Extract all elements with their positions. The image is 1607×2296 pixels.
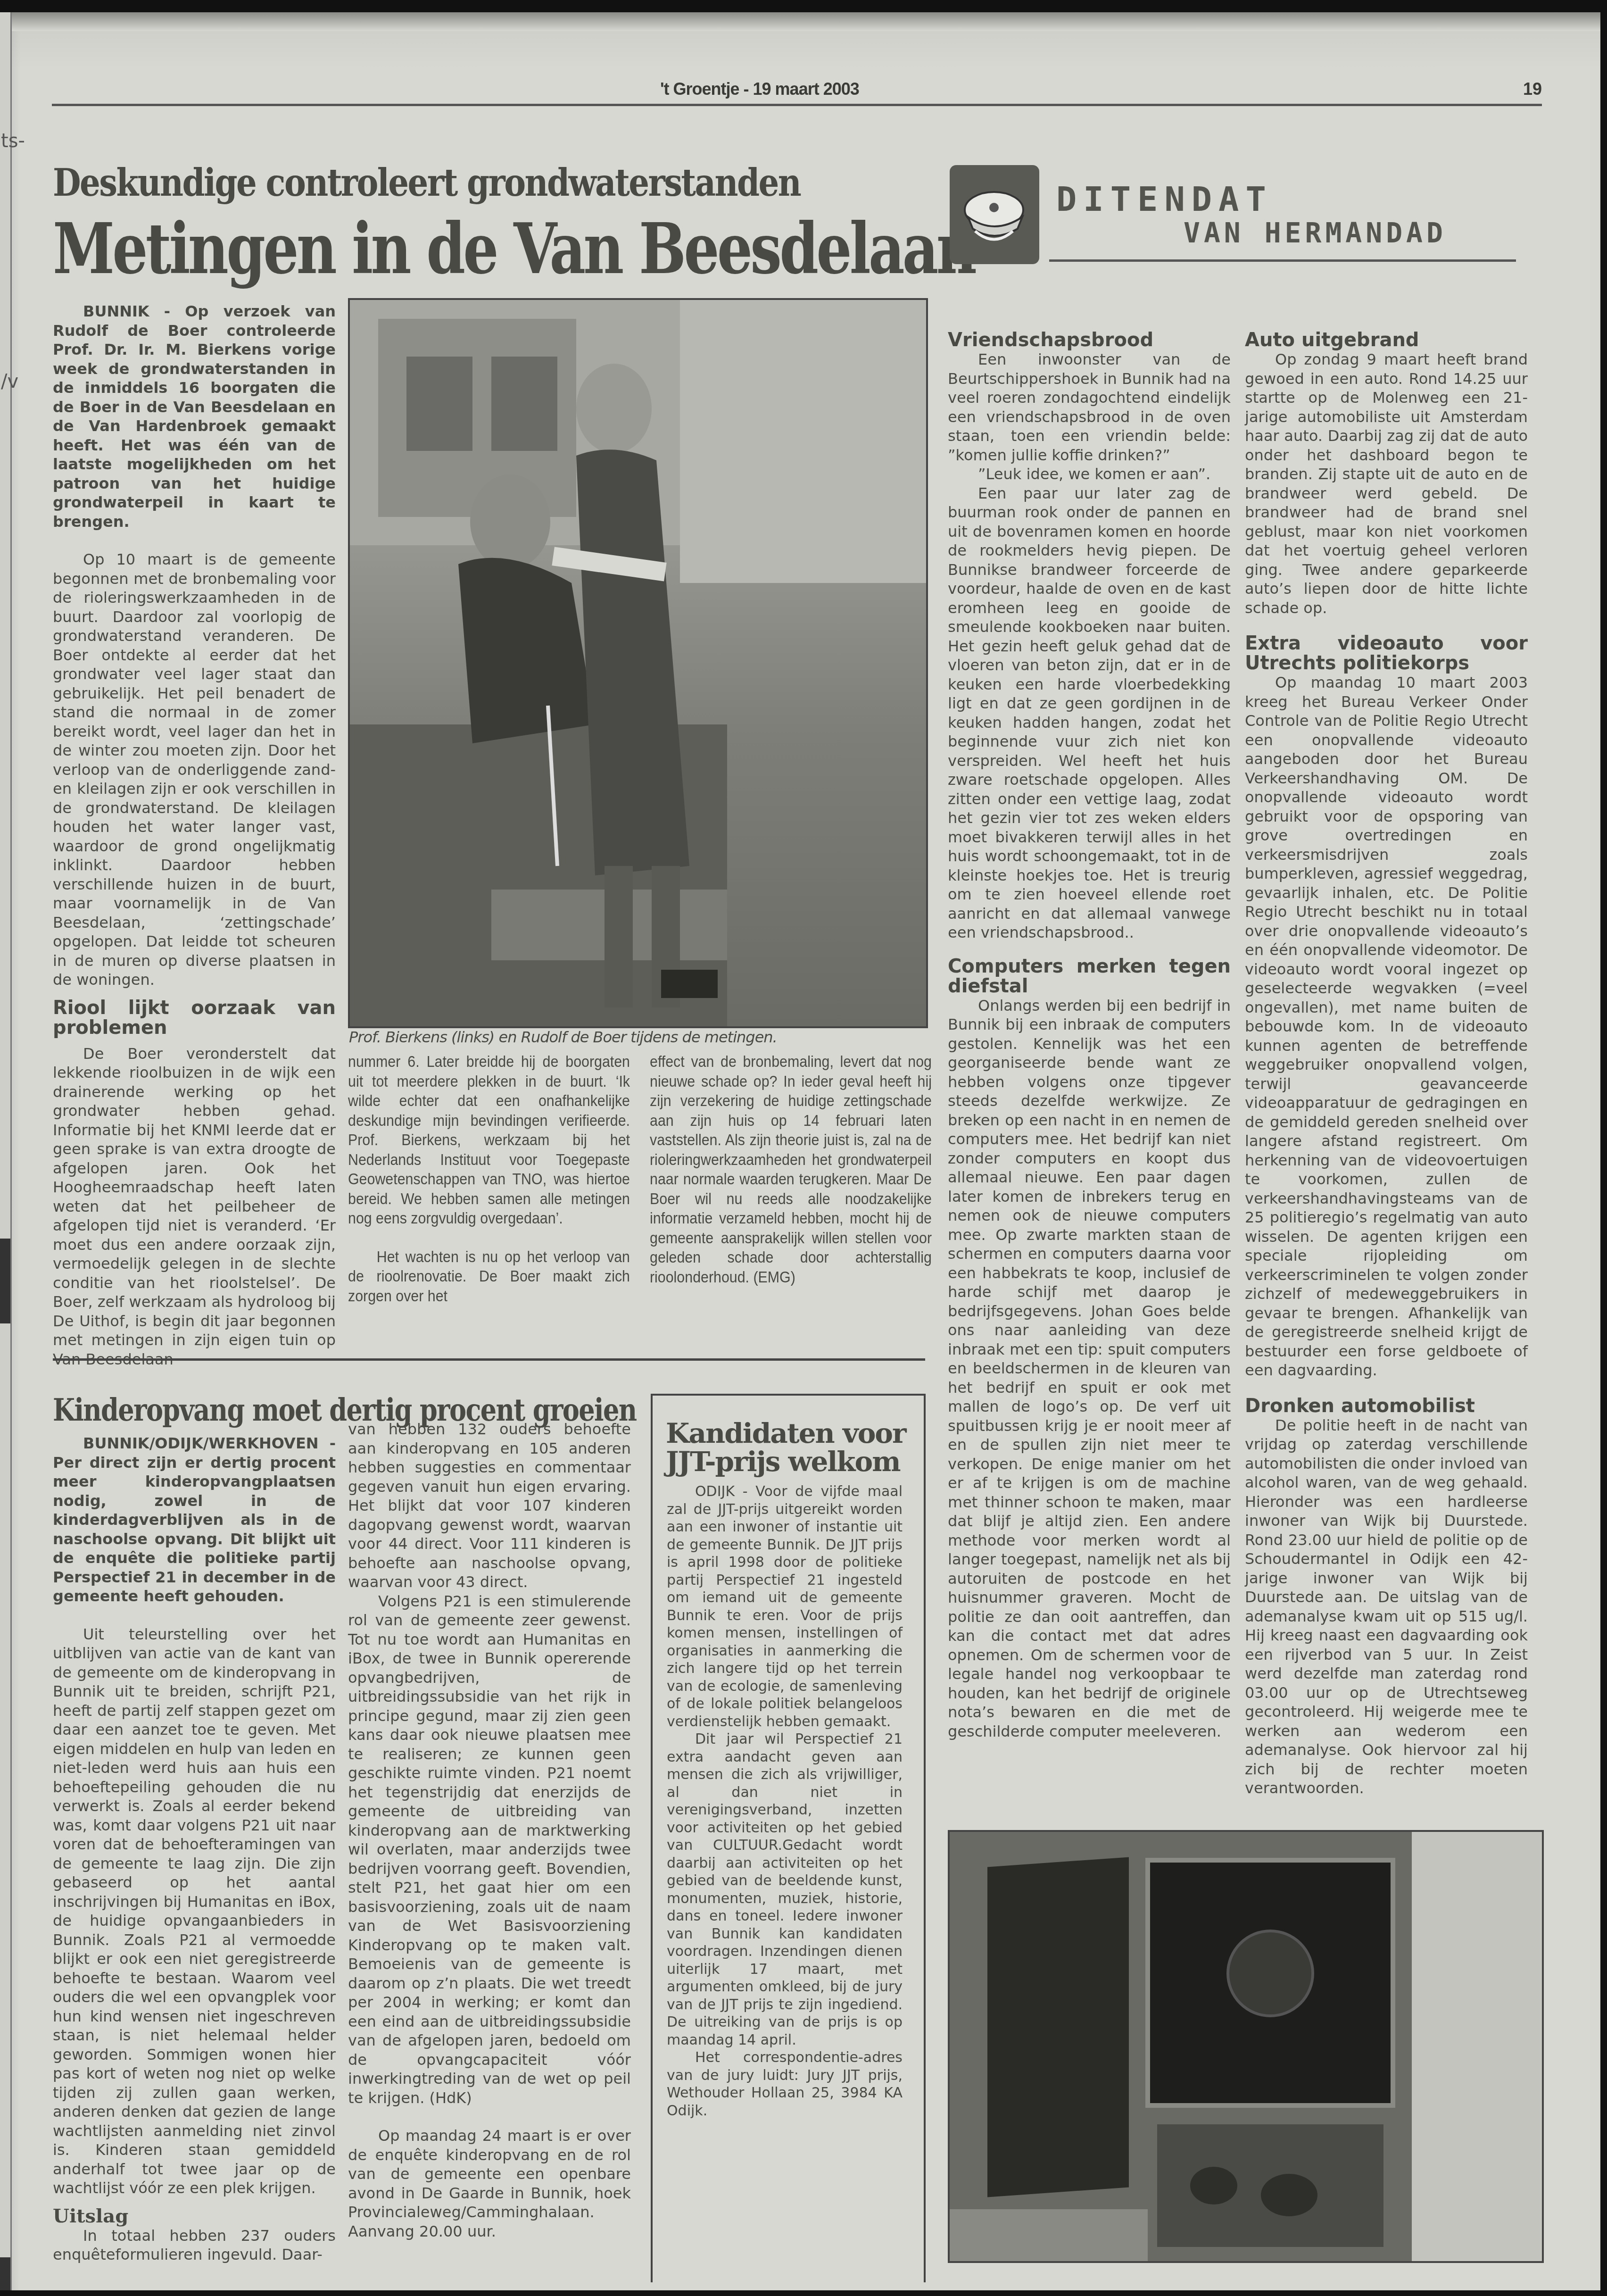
publication-date: 't Groentje - 19 maart 2003	[660, 79, 859, 99]
scan-edge-shadow	[7, 12, 1600, 31]
column-title-line1: DITENDAT	[1056, 179, 1273, 219]
photo-caption: Prof. Bierkens (links) en Rudolf de Boer…	[349, 1028, 777, 1046]
article-kicker: Deskundige controleert grondwaterstanden	[53, 160, 800, 205]
adjacent-page-strip: ts- /v	[0, 12, 12, 2290]
article-paragraph: van hebben 132 ouders behoefte aan kinde…	[348, 1420, 631, 1592]
article-paragraph: In totaal hebben 237 ouders enquêteformu…	[53, 2226, 336, 2264]
police-cap-icon	[956, 184, 1032, 250]
main-article-column-3: effect van de bronbemaling, levert dat n…	[650, 1052, 932, 1287]
article-paragraph: ODIJK - Voor de vijfde maal zal de JJT-p…	[667, 1483, 903, 1730]
jjt-article-box: Kandidaten voor JJT-prijs welkom ODIJK -…	[651, 1394, 926, 2282]
adjacent-photo-edge	[0, 1239, 10, 1323]
article-lead: BUNNIK/ODIJK/WERKHOVEN - Per direct zijn…	[53, 1434, 336, 1606]
news-paragraph: De politie heeft in de nacht van vrijdag…	[1245, 1416, 1528, 1798]
news-paragraph: Een paar uur later zag de buurman rook o…	[948, 484, 1231, 942]
news-paragraph: Op zondag 9 maart heeft brand gewoed in …	[1245, 350, 1528, 617]
column-title-rule	[1049, 259, 1516, 262]
news-paragraph: Op maandag 10 maart 2003 kreeg het Burea…	[1245, 673, 1528, 1380]
adjacent-text-fragment: ts-	[1, 130, 25, 152]
photo-oven	[948, 1830, 1544, 2263]
photo-measurements	[348, 298, 928, 1028]
news-paragraph: Onlangs werden bij een bedrijf in Bunnik…	[948, 996, 1231, 1741]
jjt-body: ODIJK - Voor de vijfde maal zal de JJT-p…	[667, 1483, 903, 2120]
news-heading: Vriendschapsbrood	[948, 330, 1231, 350]
column-title-line2: VAN HERMANDAD	[1184, 217, 1447, 249]
article-paragraph: Dit jaar wil Perspectief 21 extra aandac…	[667, 1730, 903, 2049]
article-paragraph: nummer 6. Later breidde hij de boorgaten…	[348, 1052, 630, 1228]
article-separator	[53, 1358, 925, 1361]
police-news-column-1: Vriendschapsbrood Een inwoonster van de …	[948, 330, 1231, 1741]
news-heading: Extra videoauto voor Utrechts politiekor…	[1245, 633, 1528, 673]
page-number: 19	[1523, 79, 1542, 99]
article-paragraph: Volgens P21 is een stimulerende rol van …	[348, 1592, 631, 2108]
news-heading: Computers merken tegen diefstal	[948, 957, 1231, 996]
adjacent-photo-edge	[0, 2257, 10, 2290]
police-column-logo	[950, 165, 1039, 264]
main-article-column-1: BUNNIK - Op verzoek van Rudolf de Boer c…	[53, 302, 336, 1369]
article-paragraph: effect van de bronbemaling, levert dat n…	[650, 1052, 932, 1287]
article-paragraph: Het wachten is nu op het verloop van de …	[348, 1247, 630, 1306]
police-news-column-2: Auto uitgebrand Op zondag 9 maart heeft …	[1245, 330, 1528, 1798]
article-subhead: Riool lijkt oorzaak van problemen	[53, 998, 336, 1038]
article-paragraph: Op maandag 24 maart is er over de enquêt…	[348, 2126, 631, 2241]
jjt-headline: Kandidaten voor JJT-prijs welkom	[666, 1419, 924, 1476]
news-heading: Dronken automobilist	[1245, 1396, 1528, 1416]
article-paragraph: De Boer veronderstelt dat lekkende riool…	[53, 1044, 336, 1369]
article-subhead: Uitslag	[53, 2206, 336, 2226]
childcare-column-1: BUNNIK/ODIJK/WERKHOVEN - Per direct zijn…	[53, 1434, 336, 2264]
news-paragraph: ”Leuk idee, we komen er aan”.	[948, 465, 1231, 484]
main-article-column-2: nummer 6. Later breidde hij de boorgaten…	[348, 1052, 630, 1306]
burnt-oven-photo	[950, 1832, 1542, 2261]
news-heading: Auto uitgebrand	[1245, 330, 1528, 350]
article-paragraph: Uit teleurstelling over het uitblijven v…	[53, 1625, 336, 2198]
running-header: 't Groentje - 19 maart 2003 19	[52, 75, 1542, 106]
article-lead: BUNNIK - Op verzoek van Rudolf de Boer c…	[53, 302, 336, 531]
article-headline: Metingen in de Van Beesdelaan	[53, 208, 975, 290]
adjacent-text-fragment: /v	[1, 371, 18, 392]
two-men-measuring-groundwater-photo	[350, 300, 926, 1026]
article-paragraph: Het correspondentie-adres van de jury lu…	[667, 2049, 903, 2120]
news-paragraph: Een inwoonster van de Beurtschippershoek…	[948, 350, 1231, 465]
article-paragraph: Op 10 maart is de gemeente begonnen met …	[53, 550, 336, 990]
childcare-column-2: van hebben 132 ouders behoefte aan kinde…	[348, 1420, 631, 2241]
